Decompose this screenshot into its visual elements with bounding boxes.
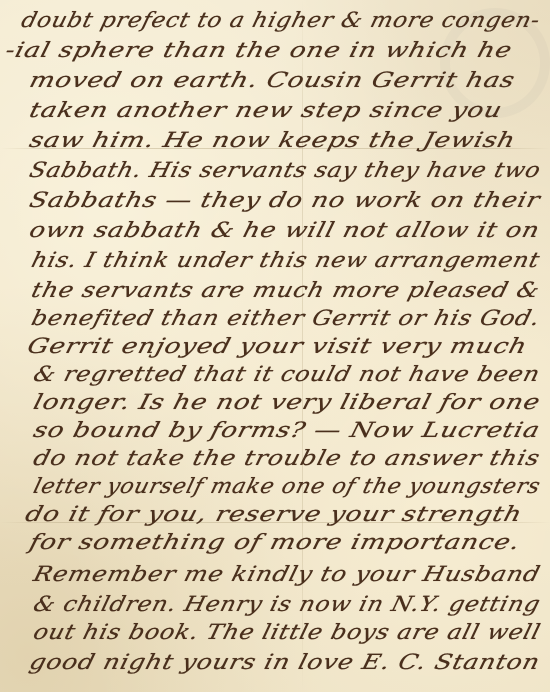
letter-line: Remember me kindly to your Husband <box>31 562 543 586</box>
letter-line: moved on earth. Cousin Gerrit has <box>27 68 518 92</box>
letter-line: saw him. He now keeps the Jewish <box>27 128 518 152</box>
letter-line: own sabbath & he will not allow it on <box>27 218 542 242</box>
letter-line: & regretted that it could not have been <box>31 362 543 386</box>
letter-line: do not take the trouble to answer this <box>31 446 543 470</box>
letter-line: do it for you, reserve your strength <box>23 502 525 526</box>
letter-line: taken another new step since you <box>27 98 505 122</box>
letter-line: out his book. The little boys are all we… <box>31 620 543 644</box>
letter-line: Sabbaths — they do no work on their <box>27 188 543 212</box>
letter-line: longer. Is he not very liberal for one <box>31 390 543 414</box>
letter-line: Sabbath. His servants say they have two <box>27 158 543 182</box>
letter-line: for something of more importance. <box>27 530 523 554</box>
letter-line: -ial sphere than the one in which he <box>3 38 515 62</box>
letter-line: letter yourself make one of the youngste… <box>31 474 543 498</box>
letter-signature-line: good night yours in love E. C. Stanton <box>27 650 543 674</box>
letter-page: doubt prefect to a higher & more congen-… <box>0 0 550 692</box>
letter-body: doubt prefect to a higher & more congen-… <box>0 0 550 692</box>
letter-line: doubt prefect to a higher & more congen- <box>19 8 543 32</box>
letter-line: Gerrit enjoyed your visit very much <box>25 334 530 358</box>
letter-line: the servants are much more pleased & <box>29 278 542 302</box>
letter-line: his. I think under this new arrangement <box>29 248 543 272</box>
letter-line: so bound by forms? — Now Lucretia <box>31 418 543 442</box>
letter-line: & children. Henry is now in N.Y. getting <box>31 592 543 616</box>
letter-line: benefited than either Gerrit or his God. <box>29 306 543 330</box>
